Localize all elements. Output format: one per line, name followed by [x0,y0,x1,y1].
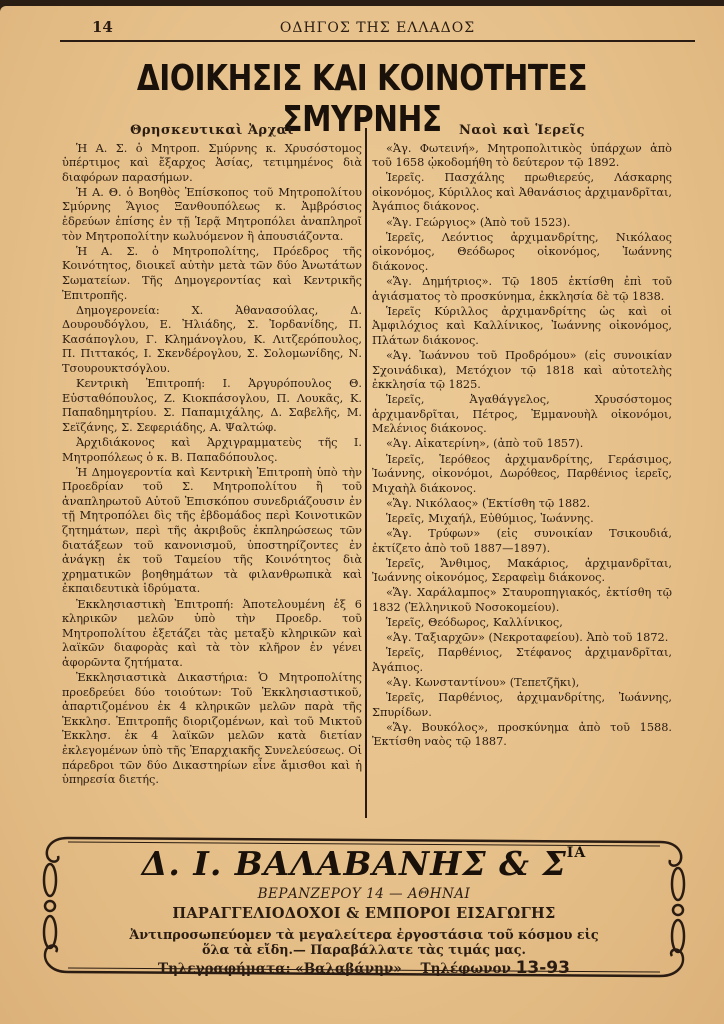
paragraph: «Ἁγ. Ταξιαρχῶν» (Νεκροταφείου). Ἀπὸ τοῦ … [372,631,672,646]
ad-contact-line: Τηλεγραφήματα: «Βαλαβάνην» Τηλέφωνον 13-… [38,958,690,978]
section-heading-churches-priests: Ναοὶ καὶ Ἱερεῖς [372,124,672,139]
advertisement-box: Δ. Ι. ΒΑΛΑΒΑΝΗΣ & ΣΙΑ ΒΕΡΑΝΖΕΡΟΥ 14 — ΑΘ… [38,832,690,980]
paragraph: «Ἅγ. Χαράλαμπος» Σταυροπηγιακός, ἐκτίσθη… [372,586,672,615]
paragraph: «Ἁγ. Φωτεινή», Μητροπολιτικὸς ὑπάρχων ἀπ… [372,142,672,171]
phone-number: 13-93 [516,958,570,978]
column-divider [365,128,367,818]
paragraph: Ἱερεῖς Κύριλλος ἀρχιμανδρίτης ὡς καὶ οἱ … [372,305,672,349]
paragraph: Ἱερεῖς, Λεόντιος ἀρχιμανδρίτης, Νικόλαος… [372,231,672,275]
paragraph: Ἡ Α. Θ. ὁ Βοηθὸς Ἐπίσκοπος τοῦ Μητροπολί… [62,186,362,244]
paragraph: Κεντρικὴ Ἐπιτροπή: Ι. Ἀργυρόπουλος Θ. Εὐ… [62,377,362,435]
paragraph: Ἡ Α. Σ. ὁ Μητροπ. Σμύρνης κ. Χρυσόστομος… [62,142,362,186]
paragraph: Ἱερεῖς, Ἄνθιμος, Μακάριος, ἀρχιμανδρῖται… [372,557,672,586]
phone-label: Τηλέφωνον [421,961,511,977]
company-superscript: ΙΑ [567,845,586,861]
paragraph: Δημογερονεία: Χ. Ἀθανασούλας, Δ. Δουρουδ… [62,304,362,377]
paragraph: «Ἅγ. Δημήτριος». Τῷ 1805 ἐκτίσθη ἐπὶ τοῦ… [372,275,672,304]
paragraph: «Ἅγ. Βουκόλος», προσκύνημα ἀπὸ τοῦ 1588.… [372,721,672,750]
right-column: Ναοὶ καὶ Ἱερεῖς «Ἁγ. Φωτεινή», Μητροπολι… [372,124,672,750]
paragraph: Ἱερεῖς, Ἀγαθάγγελος, Χρυσόστομος ἀρχιμαν… [372,393,672,437]
paragraph: Ἱερεῖς, Ἱερόθεος ἀρχιμανδρίτης, Γεράσιμο… [372,453,672,497]
paragraph: Ἐκκλησιαστικὰ Δικαστήρια: Ὁ Μητροπολίτης… [62,671,362,788]
telegram-label: Τηλεγραφήματα: «Βαλαβάνην» [158,961,402,977]
paragraph: Ἱερεῖς, Μιχαήλ, Εὐθύμιος, Ἰωάννης. [372,512,672,527]
ad-address: ΒΕΡΑΝΖΕΡΟΥ 14 — ΑΘΗΝΑΙ [38,886,690,902]
newspaper-page: 14 ΟΔΗΓΟΣ ΤΗΣ ΕΛΛΑΔΟΣ ΔΙΟΙΚΗΣΙΣ ΚΑΙ ΚΟΙΝ… [0,6,724,1024]
journal-title: ΟΔΗΓΟΣ ΤΗΣ ΕΛΛΑΔΟΣ [60,20,695,36]
paragraph: Ἱερεῖς, Παρθένιος, ἀρχιμανδρίτης, Ἰωάννη… [372,691,672,720]
section-heading-religious-authorities: Θρησκευτικαὶ Ἀρχαὶ [62,124,362,139]
paragraph: «Ἁγ. Ἰωάννου τοῦ Προδρόμου» (εἰς συνοικί… [372,349,672,393]
ad-tagline-2: ὅλα τὰ εἴδη.— Παραβάλλατε τὰς τιμάς μας. [38,943,690,958]
running-header: 14 ΟΔΗΓΟΣ ΤΗΣ ΕΛΛΑΔΟΣ [60,16,695,42]
left-column: Θρησκευτικαὶ Ἀρχαὶ Ἡ Α. Σ. ὁ Μητροπ. Σμύ… [62,124,362,788]
paragraph: «Ἅγ. Γεώργιος» (Ἀπὸ τοῦ 1523). [372,216,672,231]
paragraph: Ἀρχιδιάκονος καὶ Ἀρχιγραμματεὺς τῆς Ι. Μ… [62,436,362,465]
paragraph: «Ἁγ. Αἰκατερίνη», (ἀπὸ τοῦ 1857). [372,437,672,452]
ad-business-line: ΠΑΡΑΓΓΕΛΙΟΔΟΧΟΙ & ΕΜΠΟΡΟΙ ΕΙΣΑΓΩΓΗΣ [38,905,690,922]
paragraph: Ἱερεῖς, Θεόδωρος, Καλλίνικος, [372,616,672,631]
paragraph: «Ἅγ. Τρύφων» (εἰς συνοικίαν Τσικουδιά, ἐ… [372,527,672,556]
paragraph: Ἡ Δημογεροντία καὶ Κεντρικὴ Ἐπιτροπὴ ὑπὸ… [62,466,362,597]
paragraph: Ἱερεῖς, Παρθένιος, Στέφανος ἀρχιμανδρῖτα… [372,646,672,675]
ad-tagline-1: Ἀντιπροσωπεύομεν τὰ μεγαλείτερα ἐργοστάσ… [38,928,690,943]
paragraph: Ἐκκλησιαστικὴ Ἐπιτροπή: Ἀποτελουμένη ἐξ … [62,598,362,671]
paragraph: «Ἅγ. Νικόλαος» (Ἐκτίσθη τῷ 1882. [372,497,672,512]
paragraph: Ἡ Α. Σ. ὁ Μητροπολίτης, Πρόεδρος τῆς Κοι… [62,245,362,303]
paragraph: Ἱερεῖς. Πασχάλης πρωθιερεύς, Λάσκαρης οἰ… [372,171,672,215]
ad-company-name: Δ. Ι. ΒΑΛΑΒΑΝΗΣ & ΣΙΑ [38,844,690,883]
paragraph: «Ἁγ. Κωνσταντίνου» (Τεπετζῆκι), [372,676,672,691]
